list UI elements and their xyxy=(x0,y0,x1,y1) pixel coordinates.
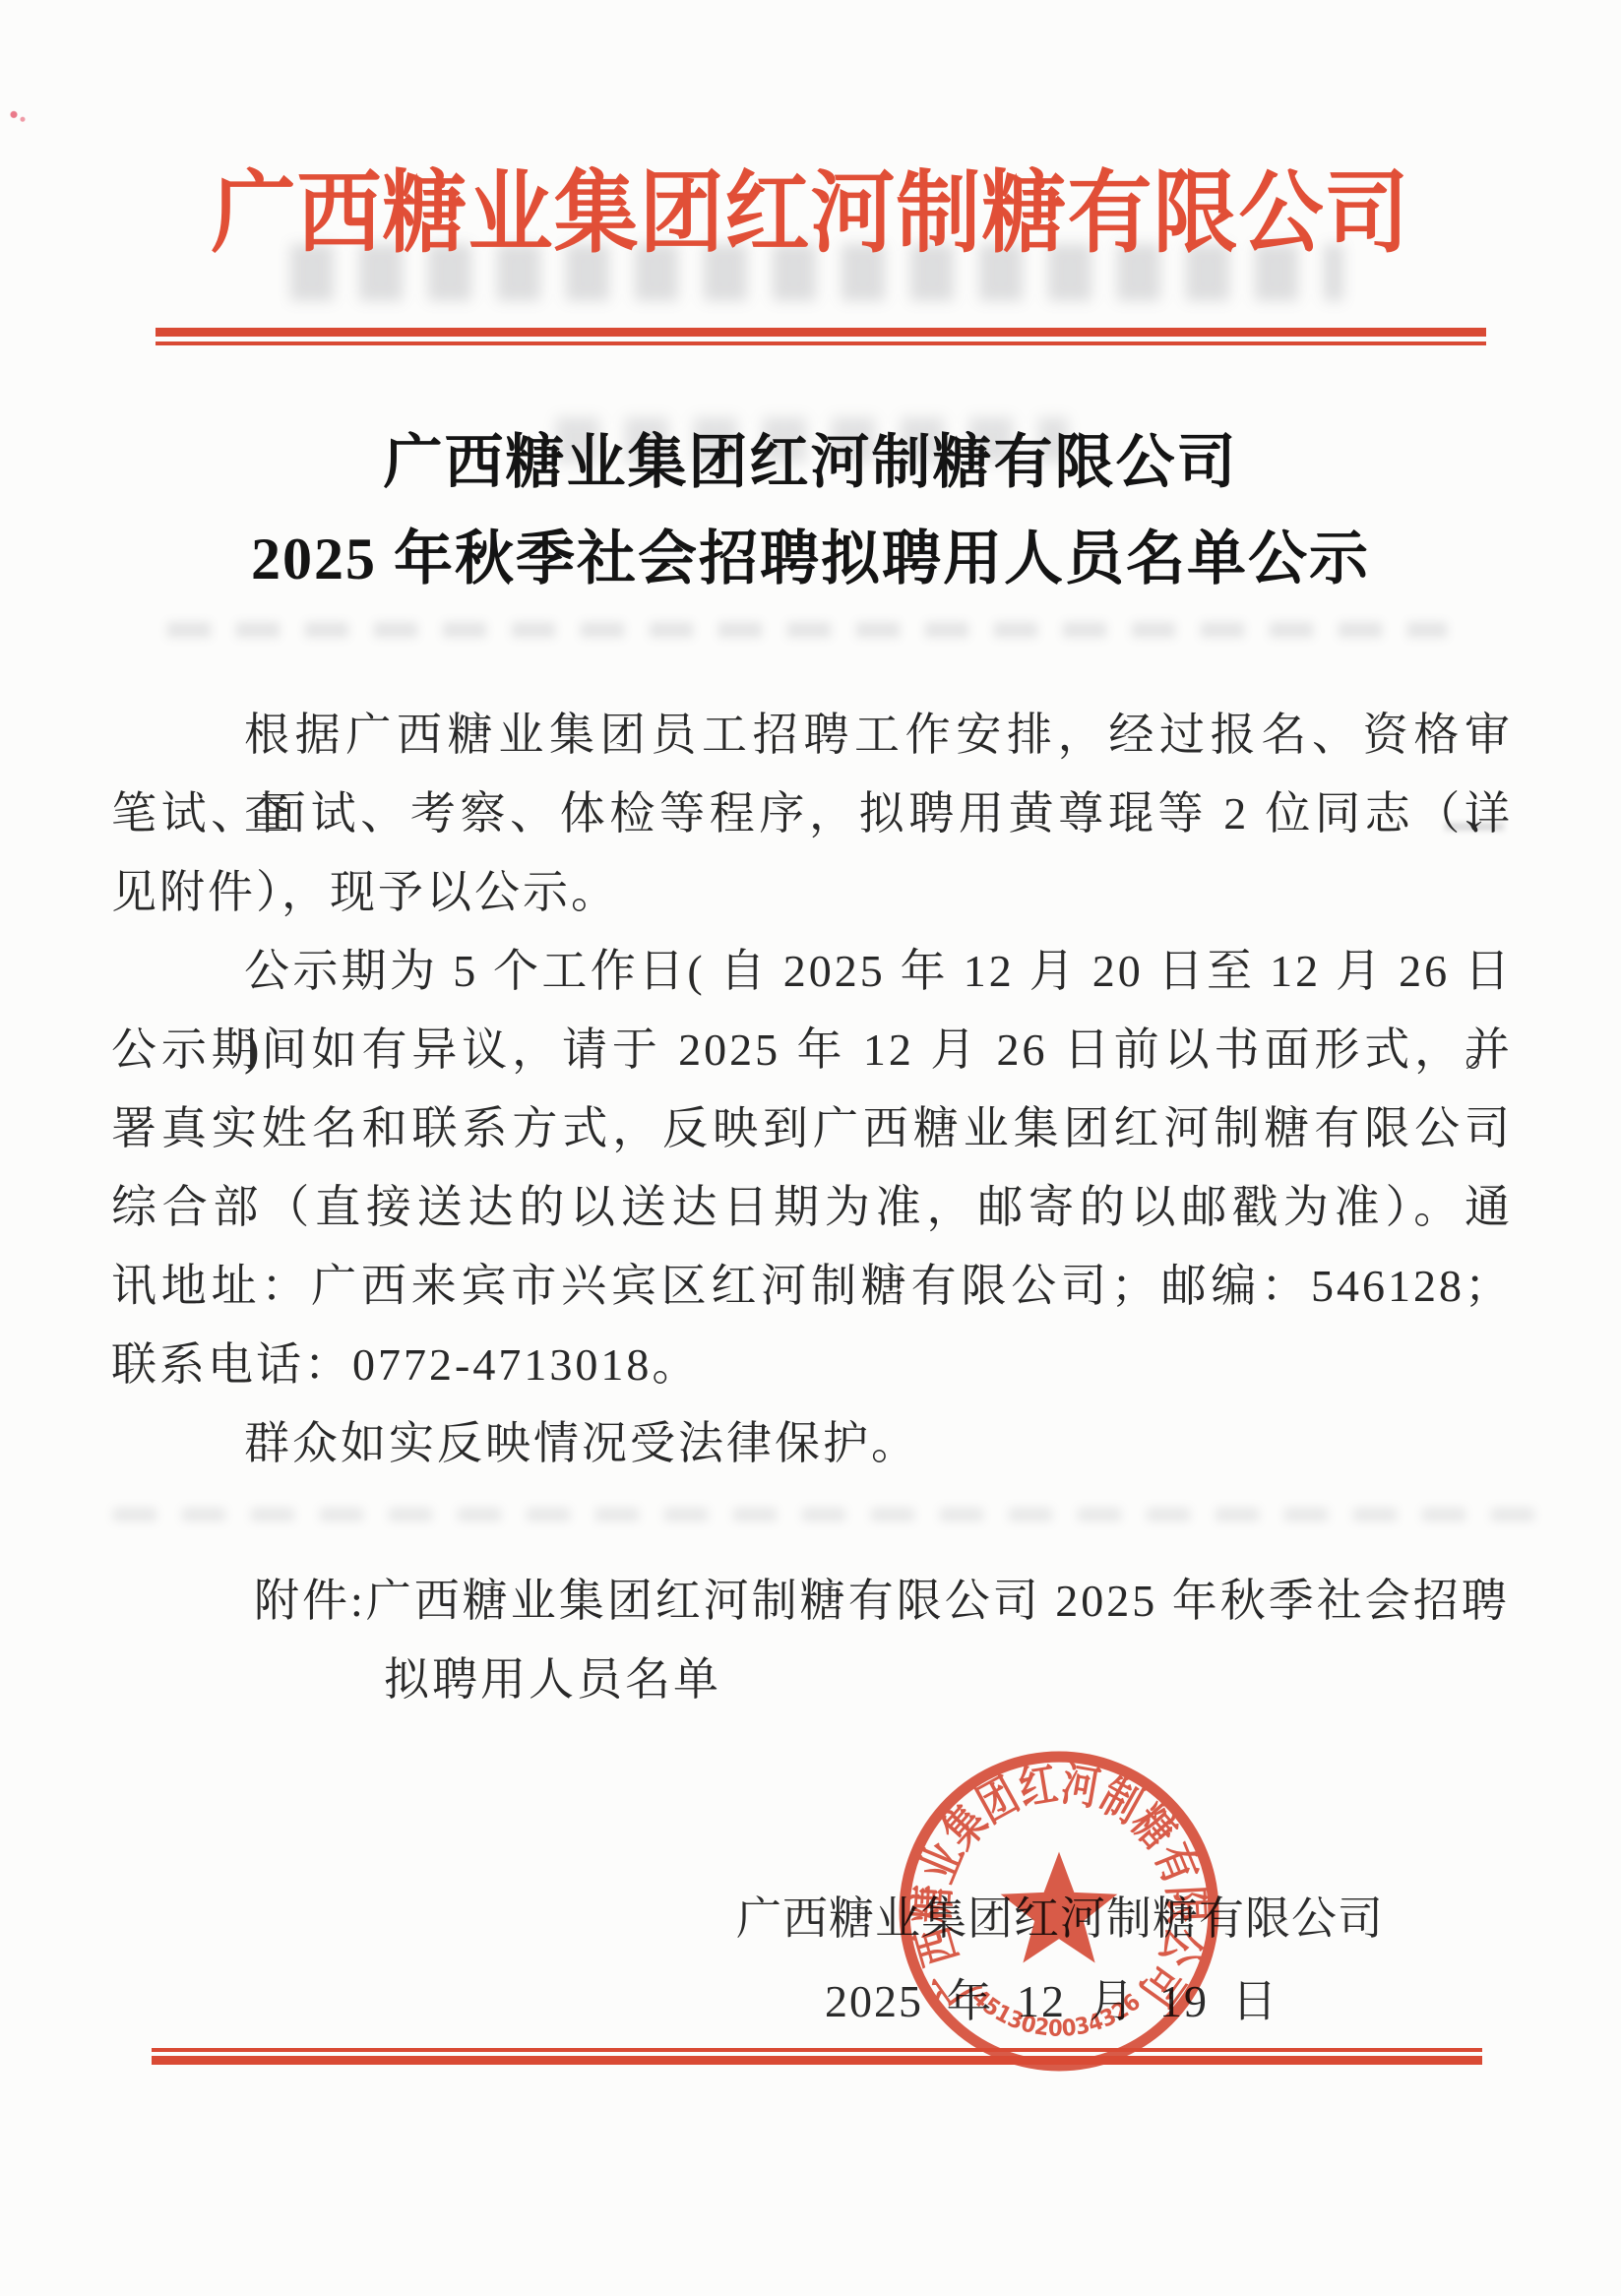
document-title-line2: 2025 年秋季社会招聘拟聘用人员名单公示 xyxy=(0,511,1621,607)
letterhead-title: 广西糖业集团红河制糖有限公司 xyxy=(0,157,1621,270)
body-text: 根据广西糖业集团员工招聘工作安排，经过报名、资格审查、笔试、面试、考察、体检等程… xyxy=(111,696,1513,1719)
attachment-line2: 拟聘用人员名单 xyxy=(111,1641,1513,1719)
body-line: 公示期间如有异议，请于 2025 年 12 月 26 日前以书面形式，并 xyxy=(111,1011,1513,1089)
letterhead-rule-thin xyxy=(156,341,1486,345)
body-line: 联系电话：0772-4713018。 xyxy=(111,1326,1513,1404)
footer-rule-thin xyxy=(152,2048,1482,2052)
document-title: 广西糖业集团红河制糖有限公司 2025 年秋季社会招聘拟聘用人员名单公示 xyxy=(0,414,1621,607)
document-page: 广西糖业集团红河制糖有限公司 广西糖业集团红河制糖有限公司 2025 年秋季社会… xyxy=(0,0,1621,2296)
body-line: 笔试、面试、考察、体检等程序，拟聘用黄尊琨等 2 位同志（详 xyxy=(111,775,1513,853)
footer-rule-thick xyxy=(152,2056,1482,2065)
bleed-through-artifact xyxy=(167,622,1447,638)
body-line: 根据广西糖业集团员工招聘工作安排，经过报名、资格审查、 xyxy=(111,696,1513,775)
body-line: 群众如实反映情况受法律保护。 xyxy=(111,1404,1513,1483)
body-line: 讯地址：广西来宾市兴宾区红河制糖有限公司；邮编：546128； xyxy=(111,1247,1513,1326)
letterhead-rule-thick xyxy=(156,328,1486,337)
document-title-line1: 广西糖业集团红河制糖有限公司 xyxy=(0,414,1621,511)
scan-speck-artifact xyxy=(8,108,28,124)
body-line: 公示期为 5 个工作日( 自 2025 年 12 月 20 日至 12 月 26… xyxy=(111,932,1513,1011)
attachment-note: 附件:广西糖业集团红河制糖有限公司 2025 年秋季社会招聘拟聘用人员名单 xyxy=(111,1562,1513,1719)
seal-star xyxy=(1001,1852,1118,1963)
body-line: 综合部（直接送达的以送达日期为准，邮寄的以邮戳为准）。通 xyxy=(111,1168,1513,1247)
official-seal: 广西糖业集团红河制糖有限公司 4513020034326 xyxy=(891,1743,1227,2079)
body-line: 署真实姓名和联系方式，反映到广西糖业集团红河制糖有限公司 xyxy=(111,1089,1513,1168)
body-line: 见附件），现予以公示。 xyxy=(111,853,1513,932)
seal-code-text: 4513020034326 xyxy=(966,1985,1146,2042)
attachment-line1: 附件:广西糖业集团红河制糖有限公司 2025 年秋季社会招聘 xyxy=(111,1562,1513,1641)
